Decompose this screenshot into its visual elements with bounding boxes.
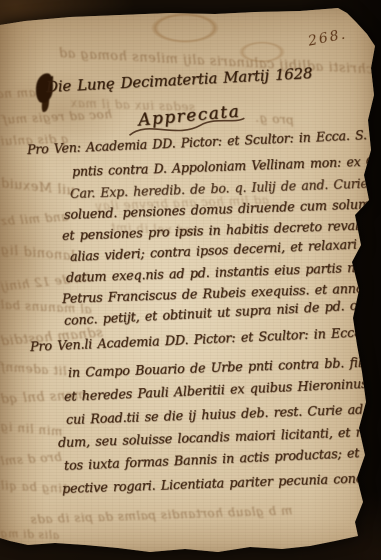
bleedthrough-ghost-line: and mil bz — [0, 210, 69, 229]
date-line: Die Lunę Decimatertia Martij 1628 — [46, 64, 313, 96]
bleedthrough-ghost-line: ting ba qil — [0, 478, 68, 496]
bleedthrough-ghost-line: pro g. — [255, 111, 295, 128]
photo-background: anno dm christi adlibij calunaris alij m… — [0, 0, 381, 560]
manuscript-line: tos iuxta formas Bannis in actis product… — [64, 445, 381, 474]
manuscript-line: et heredes Pauli Alberitii ex quibus Hie… — [64, 375, 381, 405]
paper-shadow: anno dm christi adlibij calunaris alij m… — [0, 0, 381, 560]
bleedthrough-ghost-line: lit ademnf — [0, 360, 67, 379]
folio-number: 268. — [307, 26, 349, 49]
bleedthrough-ghost-line: m b glaub hortandis palms da pis ib ads — [30, 503, 293, 526]
manuscript-page: anno dm christi adlibij calunaris alij m… — [0, 0, 381, 560]
bleedthrough-ghost-line: hoc ad regis muf — [2, 107, 113, 127]
bleedthrough-ghost-line: uil Mexuid — [0, 176, 76, 199]
bleedthrough-ghost-line: lanonid lig — [0, 243, 76, 265]
bleedthrough-ghost-line: min lin ig — [0, 419, 63, 438]
manuscript-line: pntis contra D. Appoloniam Vellinam mon:… — [72, 151, 381, 179]
manuscript-line: in Campo Bouario de Urbe pnti contra bb.… — [68, 355, 380, 381]
bleedthrough-ghost-line: alis di mg — [0, 527, 59, 542]
manuscript-line: pective rogari. Licentiata pariter pecun… — [62, 470, 381, 497]
bleedthrough-ghost-line: bro d sml — [0, 450, 62, 468]
manuscript-line: cui Road.tii se die ij huius deb. rest. … — [66, 401, 381, 428]
